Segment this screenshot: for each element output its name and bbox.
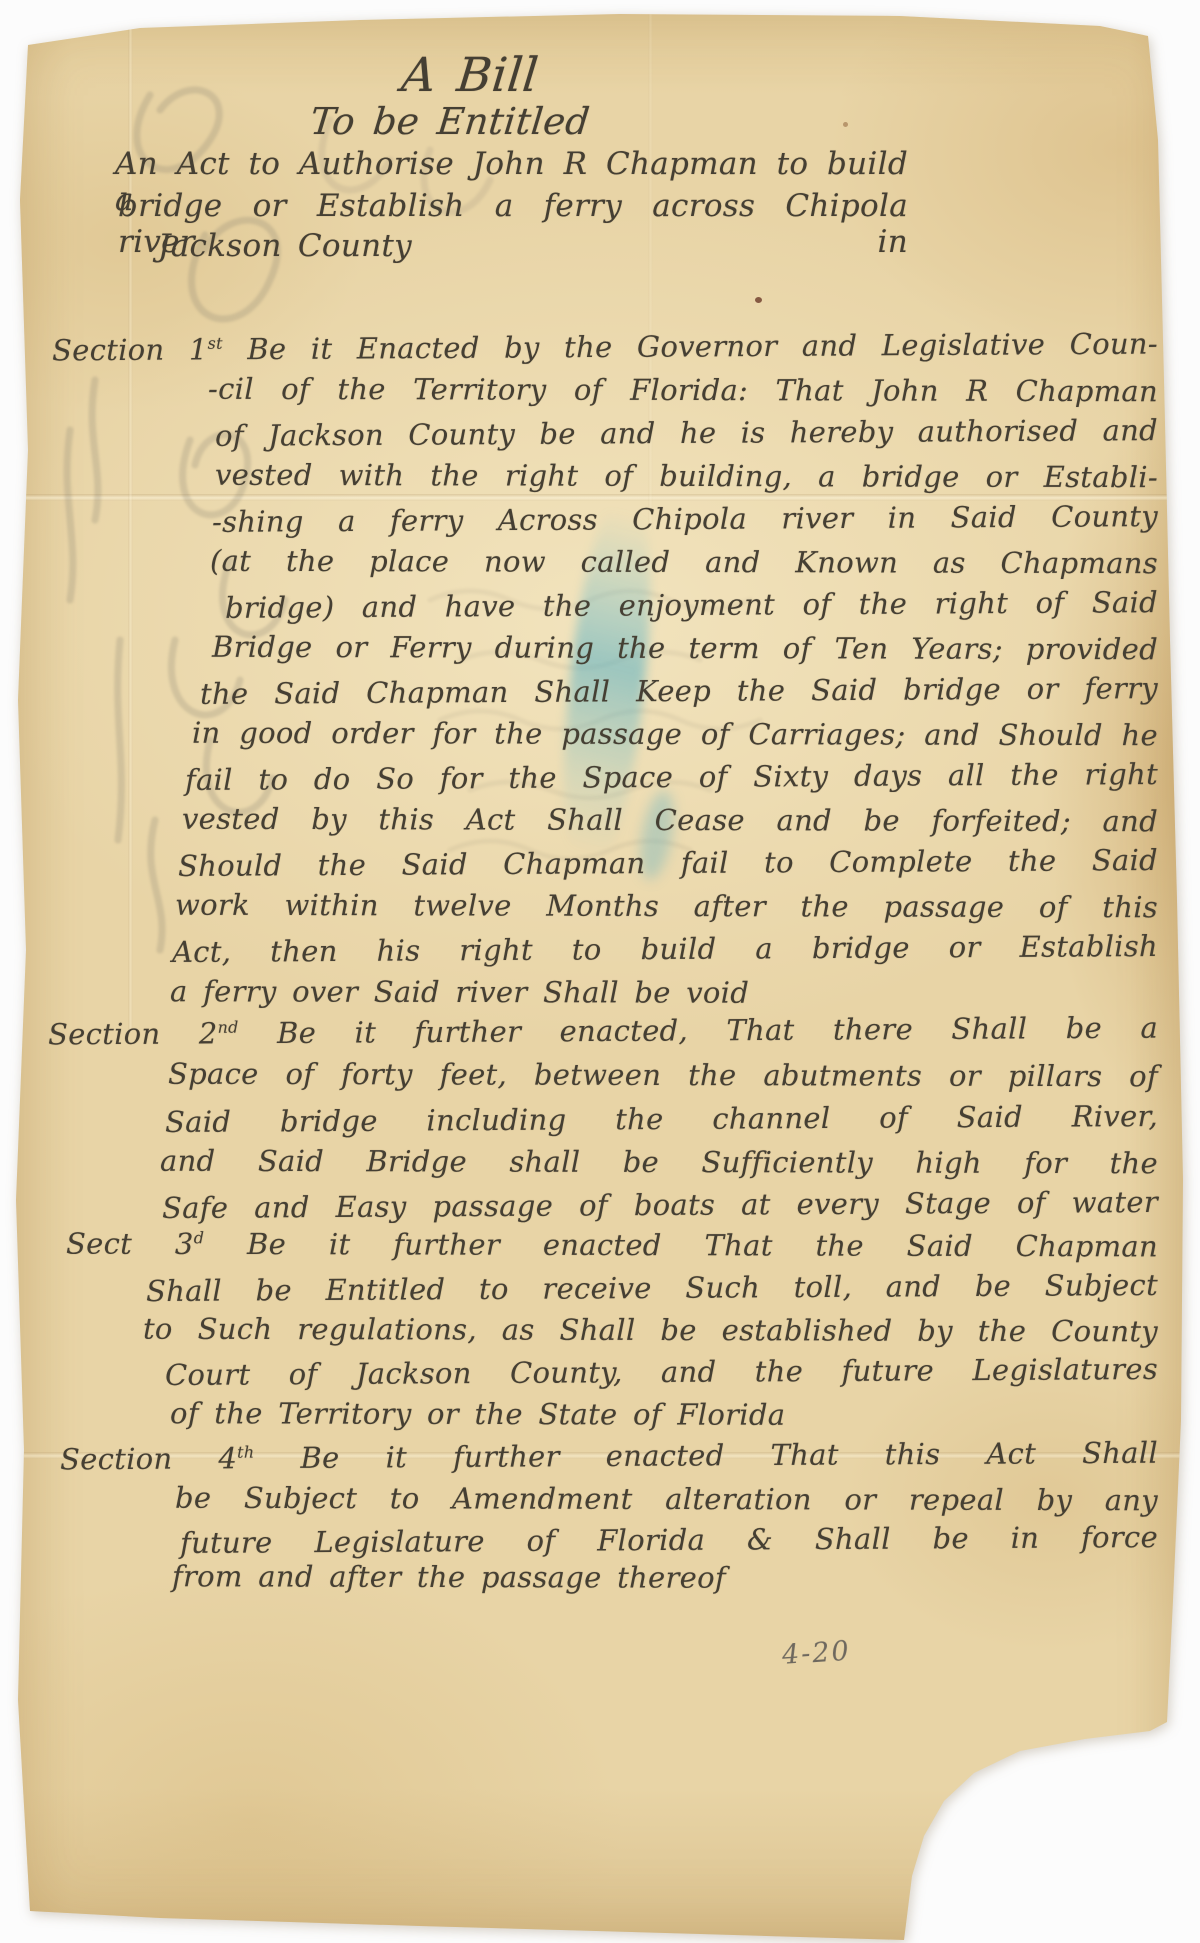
manuscript-line: -shing a ferry Across Chipola river in S… (212, 501, 1158, 539)
scanned-manuscript-page: A Bill To be Entitled An Act to Authoris… (0, 0, 1200, 1943)
manuscript-line: work within twelve Months after the pass… (175, 890, 1158, 924)
manuscript-line: Bridge or Ferry during the term of Ten Y… (212, 632, 1158, 666)
manuscript-line: Court of Jackson County, and the future … (165, 1354, 1158, 1392)
paper-sheet-wrap: A Bill To be Entitled An Act to Authoris… (0, 0, 1200, 1943)
manuscript-line: Shall be Entitled to receive Such toll, … (146, 1270, 1158, 1308)
ink-speck (755, 297, 762, 303)
section-label: Section 4th (60, 1441, 255, 1476)
manuscript-line: (at the place now called and Known as Ch… (210, 546, 1158, 580)
section-label: Section 2nd (48, 1016, 239, 1051)
manuscript-line: Safe and Easy passage of boats at every … (162, 1187, 1158, 1225)
section-label: Section 1st (52, 332, 223, 367)
manuscript-line: -cil of the Territory of Florida: That J… (208, 374, 1158, 408)
manuscript-line: in good order for the passage of Carriag… (192, 718, 1158, 752)
manuscript-line: from and after the passage thereof (172, 1561, 726, 1594)
ink-bleed-through-marks (0, 0, 1200, 1943)
pencil-annotation: 4-20 (781, 1636, 852, 1672)
manuscript-line: of Jackson County be and he is hereby au… (215, 415, 1158, 453)
manuscript-line: vested with the right of building, a bri… (215, 460, 1158, 494)
manuscript-line: Should the Said Chapman fail to Complete… (178, 845, 1158, 883)
aged-paper-sheet: A Bill To be Entitled An Act to Authoris… (0, 0, 1200, 1943)
manuscript-line: Space of forty feet, between the abutmen… (168, 1059, 1158, 1093)
section-label: Sect 3d (66, 1227, 204, 1261)
document-title: A Bill (297, 48, 643, 103)
manuscript-line: be Subject to Amendment alteration or re… (175, 1483, 1158, 1517)
manuscript-line: Sect 3d Be it further enacted That the S… (66, 1229, 1158, 1264)
manuscript-line: future Legislature of Florida & Shall be… (180, 1522, 1158, 1560)
manuscript-line: fail to do So for the Space of Sixty day… (185, 759, 1158, 797)
manuscript-line: the Said Chapman Shall Keep the Said bri… (200, 673, 1158, 711)
manuscript-line: to Such regulations, as Shall be establi… (143, 1314, 1158, 1349)
manuscript-line: Said bridge including the channel of Sai… (165, 1101, 1158, 1139)
manuscript-line: Section 4th Be it further enacted That t… (60, 1438, 1158, 1477)
manuscript-line: of the Territory or the State of Florida (170, 1398, 785, 1432)
manuscript-line: Act, then his right to build a bridge or… (172, 931, 1158, 969)
act-heading-line: Jackson County (158, 228, 412, 264)
manuscript-line: bridge) and have the enjoyment of the ri… (225, 587, 1158, 625)
manuscript-line: Section 1st Be it Enacted by the Governo… (52, 329, 1158, 368)
manuscript-line: a ferry over Said river Shall be void (170, 976, 749, 1009)
ink-speck (843, 122, 848, 127)
manuscript-line: vested by this Act Shall Cease and be fo… (182, 804, 1158, 838)
manuscript-line: and Said Bridge shall be Sufficiently hi… (160, 1146, 1158, 1181)
document-subtitle: To be Entitled (278, 100, 623, 143)
manuscript-line: Section 2nd Be it further enacted, That … (48, 1013, 1158, 1052)
